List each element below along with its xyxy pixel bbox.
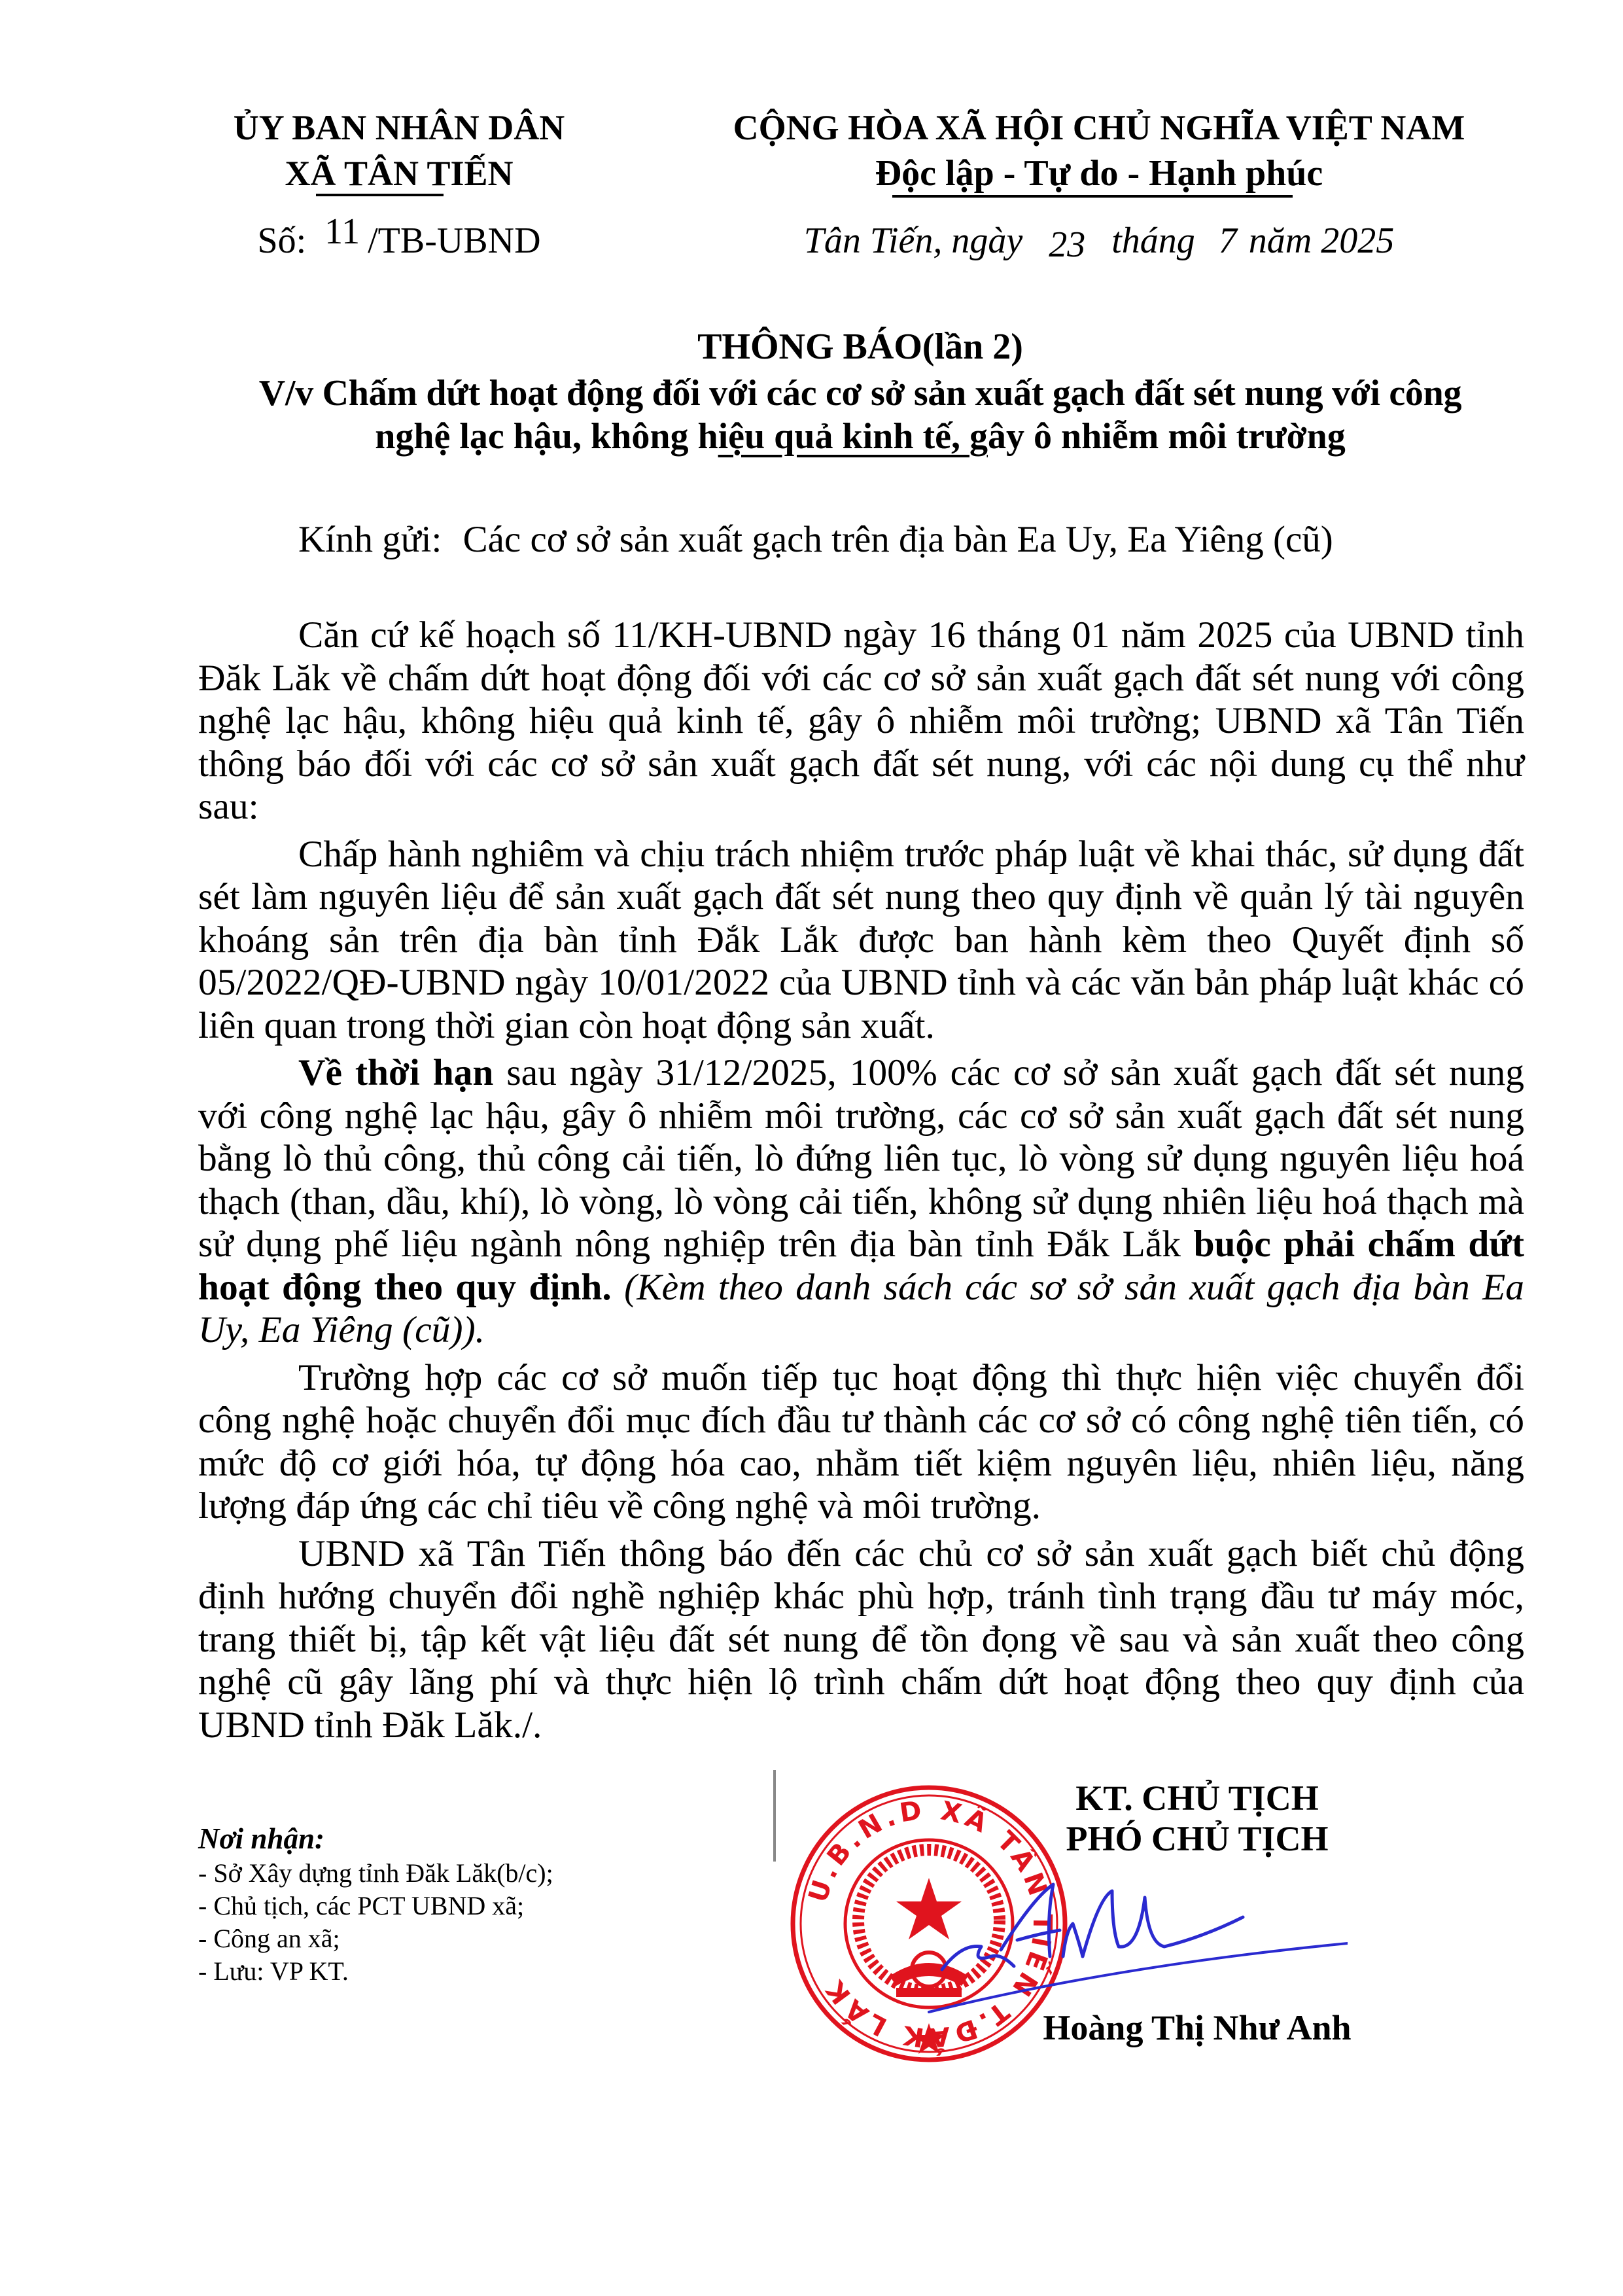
nation-motto: Độc lập - Tự do - Hạnh phúc bbox=[693, 152, 1505, 194]
paragraph-legal-basis: Căn cứ kế hoạch số 11/KH-UBND ngày 16 th… bbox=[198, 614, 1524, 828]
paragraph-deadline: Về thời hạn sau ngày 31/12/2025, 100% cá… bbox=[198, 1051, 1524, 1352]
recipients-block: Nơi nhận: - Sở Xây dựng tỉnh Đăk Lăk(b/c… bbox=[198, 1820, 553, 1988]
notice-subject-line1: V/v Chấm dứt hoạt động đối với các cơ sở… bbox=[196, 372, 1524, 415]
motto-underline bbox=[892, 195, 1293, 198]
doc-number-value: 11 bbox=[324, 211, 360, 252]
recipients-title: Nơi nhận: bbox=[198, 1820, 553, 1857]
subject-text: nghệ lạc hậu, không h bbox=[375, 416, 718, 457]
date-month-label: tháng bbox=[1111, 221, 1195, 261]
recipient-item: - Sở Xây dựng tỉnh Đăk Lăk(b/c); bbox=[198, 1857, 553, 1890]
date-place: Tân Tiến, ngày bbox=[804, 221, 1022, 261]
paragraph-conversion: Trường hợp các cơ sở muốn tiếp tục hoạt … bbox=[198, 1356, 1524, 1528]
doc-number-suffix: /TB-UBND bbox=[368, 221, 540, 261]
date-year: năm 2025 bbox=[1249, 221, 1394, 261]
signature-role: KT. CHỦ TỊCH PHÓ CHỦ TỊCH bbox=[942, 1778, 1452, 1859]
date-month: 7 bbox=[1219, 221, 1237, 261]
paragraph-advisory: UBND xã Tân Tiến thông báo đến các chủ c… bbox=[198, 1532, 1524, 1747]
agency-name: ỦY BAN NHÂN DÂN bbox=[200, 107, 599, 149]
addressee-label: Kính gửi: bbox=[298, 519, 442, 560]
addressee: Kính gửi: Các cơ sở sản xuất gạch trên đ… bbox=[298, 518, 1333, 561]
recipient-item: - Chủ tịch, các PCT UBND xã; bbox=[198, 1890, 553, 1922]
recipient-item: - Lưu: VP KT. bbox=[198, 1955, 553, 1988]
agency-commune: XÃ TÂN TIẾN bbox=[200, 152, 599, 194]
deadline-lead: Về thời hạn bbox=[298, 1052, 493, 1093]
agency-underline bbox=[316, 194, 444, 196]
date-day: 23 bbox=[1049, 224, 1085, 265]
addressee-value: Các cơ sở sản xuất gạch trên địa bàn Ea … bbox=[463, 519, 1333, 560]
document-number: Số: 11/TB-UBND bbox=[200, 220, 599, 262]
notice-heading: THÔNG BÁO(lần 2) bbox=[196, 325, 1524, 368]
notice-subject-line2: nghệ lạc hậu, không hiệu quả kinh tế, gâ… bbox=[196, 415, 1524, 458]
issue-date: Tân Tiến, ngày 23 tháng 7năm 2025 bbox=[693, 220, 1505, 262]
nation-title: CỘNG HÒA XÃ HỘI CHỦ NGHĨA VIỆT NAM bbox=[693, 107, 1505, 149]
doc-number-label: Số: bbox=[257, 221, 306, 261]
signature-divider bbox=[773, 1770, 776, 1862]
signer-name: Hoàng Thị Như Anh bbox=[942, 2007, 1452, 2048]
subject-underlined-text: iệu quả kinh tế, g bbox=[718, 416, 988, 457]
signature-role-line1: KT. CHỦ TỊCH bbox=[942, 1778, 1452, 1818]
subject-text: ây ô nhiễm môi trường bbox=[988, 416, 1346, 457]
signature-role-line2: PHÓ CHỦ TỊCH bbox=[942, 1818, 1452, 1859]
paragraph-compliance: Chấp hành nghiêm và chịu trách nhiệm trư… bbox=[198, 833, 1524, 1048]
recipient-item: - Công an xã; bbox=[198, 1922, 553, 1955]
notice-body: Căn cứ kế hoạch số 11/KH-UBND ngày 16 th… bbox=[198, 614, 1524, 1746]
handwritten-signature-icon bbox=[850, 1858, 1348, 2028]
